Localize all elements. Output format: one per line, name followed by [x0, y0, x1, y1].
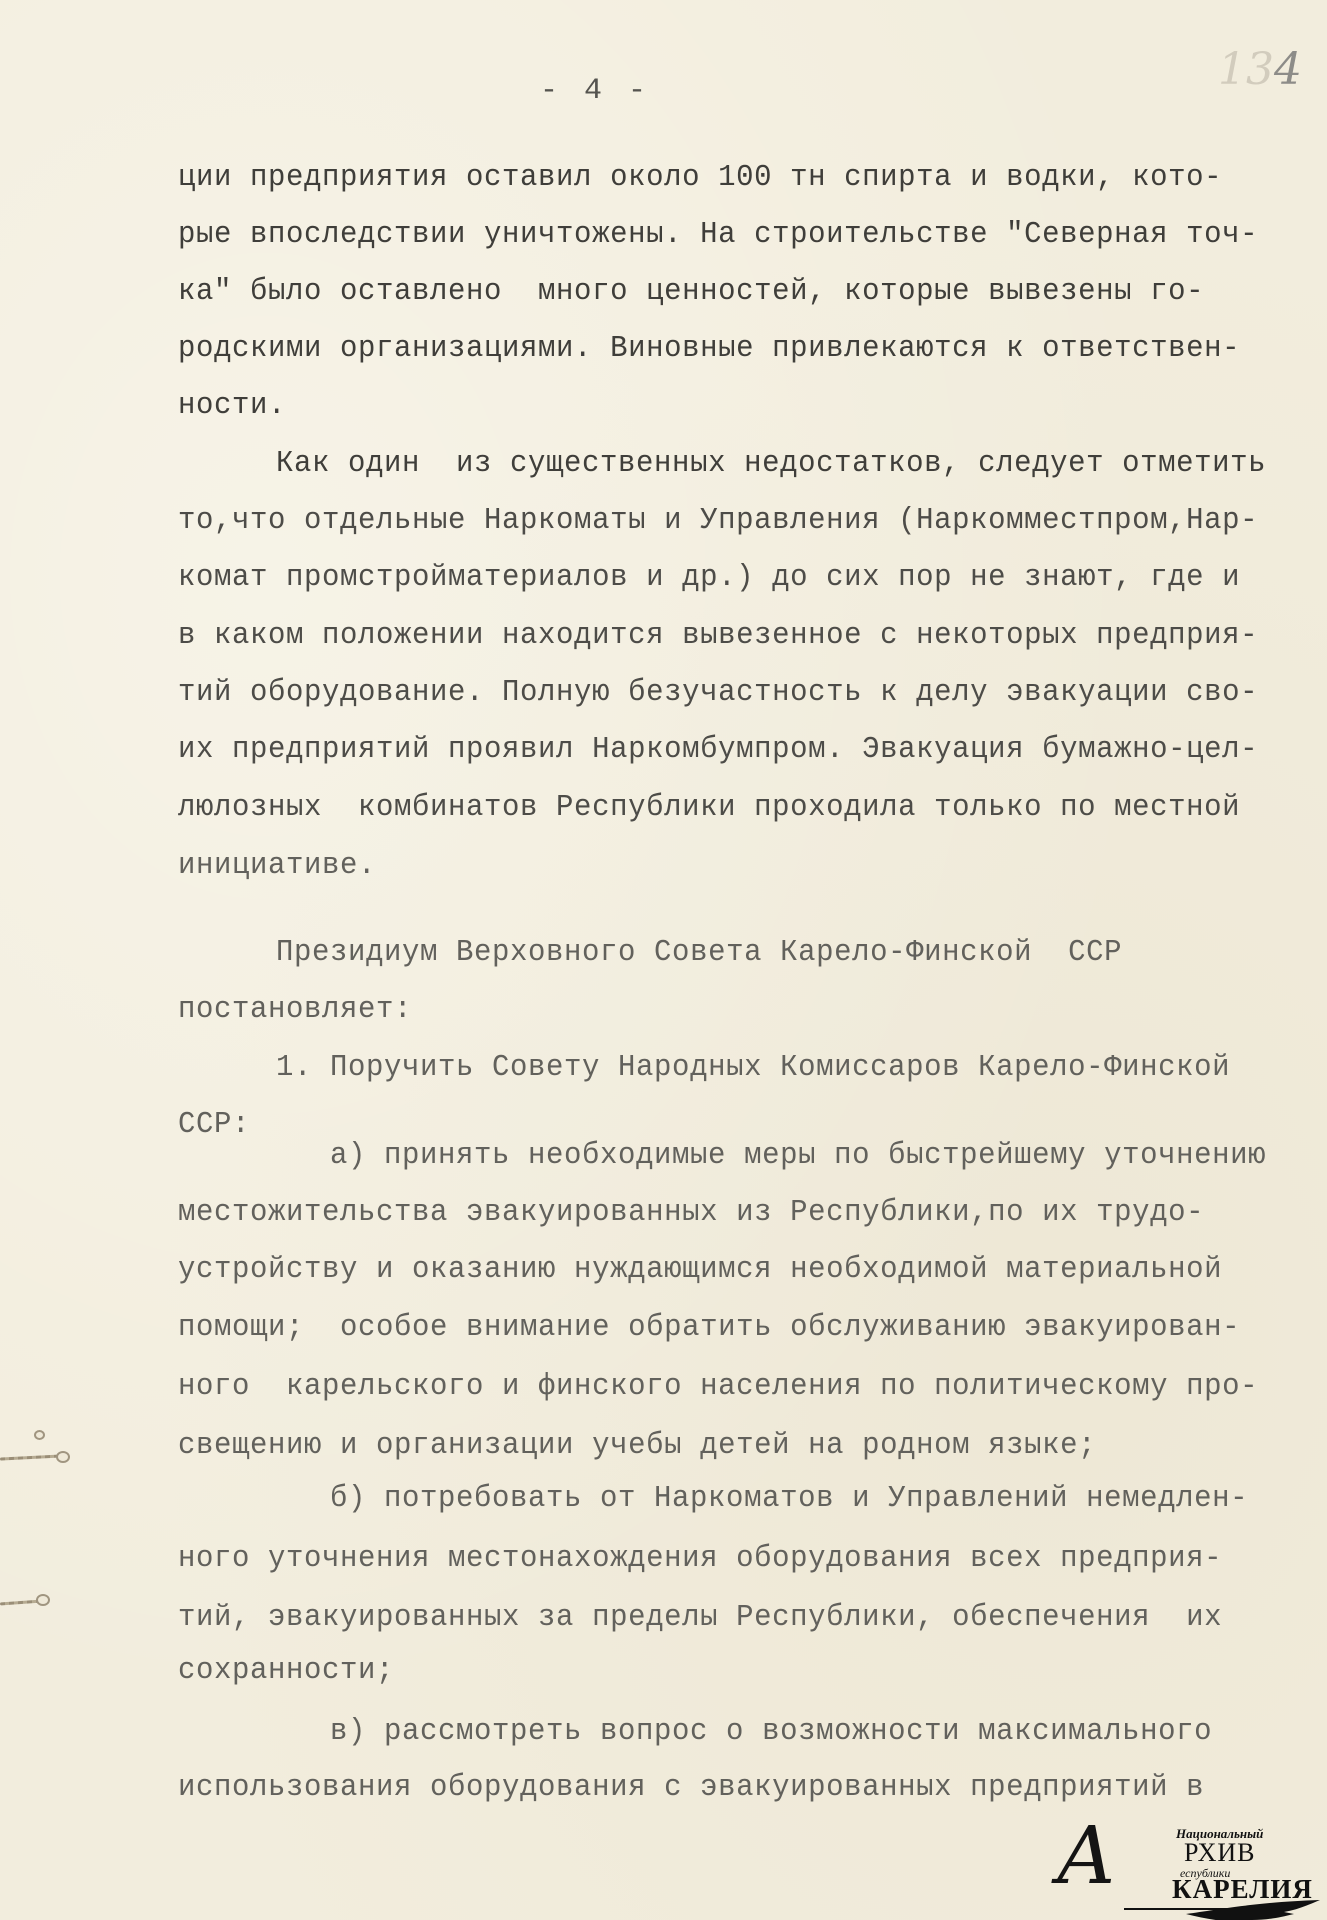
text-line: ного карельского и финского населения по… [178, 1369, 1258, 1404]
text-line: тий, эвакуированных за пределы Республик… [178, 1600, 1222, 1635]
paragraph-start-line: Как один из существенных недостатков, сл… [276, 446, 1266, 481]
logo-line-archive: РХИВ [1184, 1838, 1256, 1868]
text-line: то,что отдельные Наркоматы и Управления … [178, 503, 1258, 538]
text-line: ного уточнения местонахождения оборудова… [178, 1541, 1222, 1576]
text-line: ка" было оставлено много ценностей, кото… [178, 274, 1204, 309]
text-line: комат промстройматериалов и др.) до сих … [178, 560, 1240, 595]
text-line: сохранности; [178, 1653, 394, 1688]
text-line: люлозных комбинатов Республики проходила… [178, 790, 1240, 825]
archive-logo: А Национальный РХИВ еспублики КАРЕЛИЯ [1056, 1816, 1318, 1920]
text-line: использования оборудования с эвакуирован… [178, 1770, 1204, 1805]
text-line: местожительства эвакуированных из Респуб… [178, 1195, 1204, 1230]
subitem-a-line: а) принять необходимые меры по быстрейше… [330, 1138, 1266, 1173]
handwritten-folio-number: 134 [1218, 44, 1302, 95]
text-line: свещению и организации учебы детей на ро… [178, 1428, 1096, 1463]
text-line: ССР: [178, 1107, 250, 1142]
text-line: в каком положении находится вывезенное с… [178, 618, 1258, 653]
text-line: помощи; особое внимание обратить обслужи… [178, 1310, 1240, 1345]
logo-monogram: А [1056, 1816, 1117, 1896]
text-line: их предприятий проявил Наркомбумпром. Эв… [178, 732, 1258, 767]
text-line: инициативе. [178, 848, 376, 883]
text-line: ности. [178, 388, 286, 423]
resolution-heading-line: Президиум Верховного Совета Карело-Финск… [276, 935, 1122, 970]
page-number: - 4 - [540, 74, 650, 108]
resolution-verb-line: постановляет: [178, 992, 412, 1027]
folio-faint-digits: 13 [1218, 44, 1274, 95]
text-line: родскими организациями. Виновные привлек… [178, 331, 1240, 366]
subitem-v-line: в) рассмотреть вопрос о возможности макс… [330, 1714, 1212, 1749]
item-1-line: 1. Поручить Совету Народных Комиссаров К… [276, 1050, 1230, 1085]
folio-digit: 4 [1274, 44, 1302, 95]
quill-pen-icon [1186, 1900, 1320, 1920]
text-line: тий оборудование. Полную безучастность к… [178, 675, 1258, 710]
text-line: рые впоследствии уничтожены. На строител… [178, 217, 1258, 252]
text-line: устройству и оказанию нуждающимся необхо… [178, 1252, 1222, 1287]
subitem-b-line: б) потребовать от Наркоматов и Управлени… [330, 1481, 1248, 1516]
text-line: ции предприятия оставил около 100 тн спи… [178, 160, 1222, 195]
